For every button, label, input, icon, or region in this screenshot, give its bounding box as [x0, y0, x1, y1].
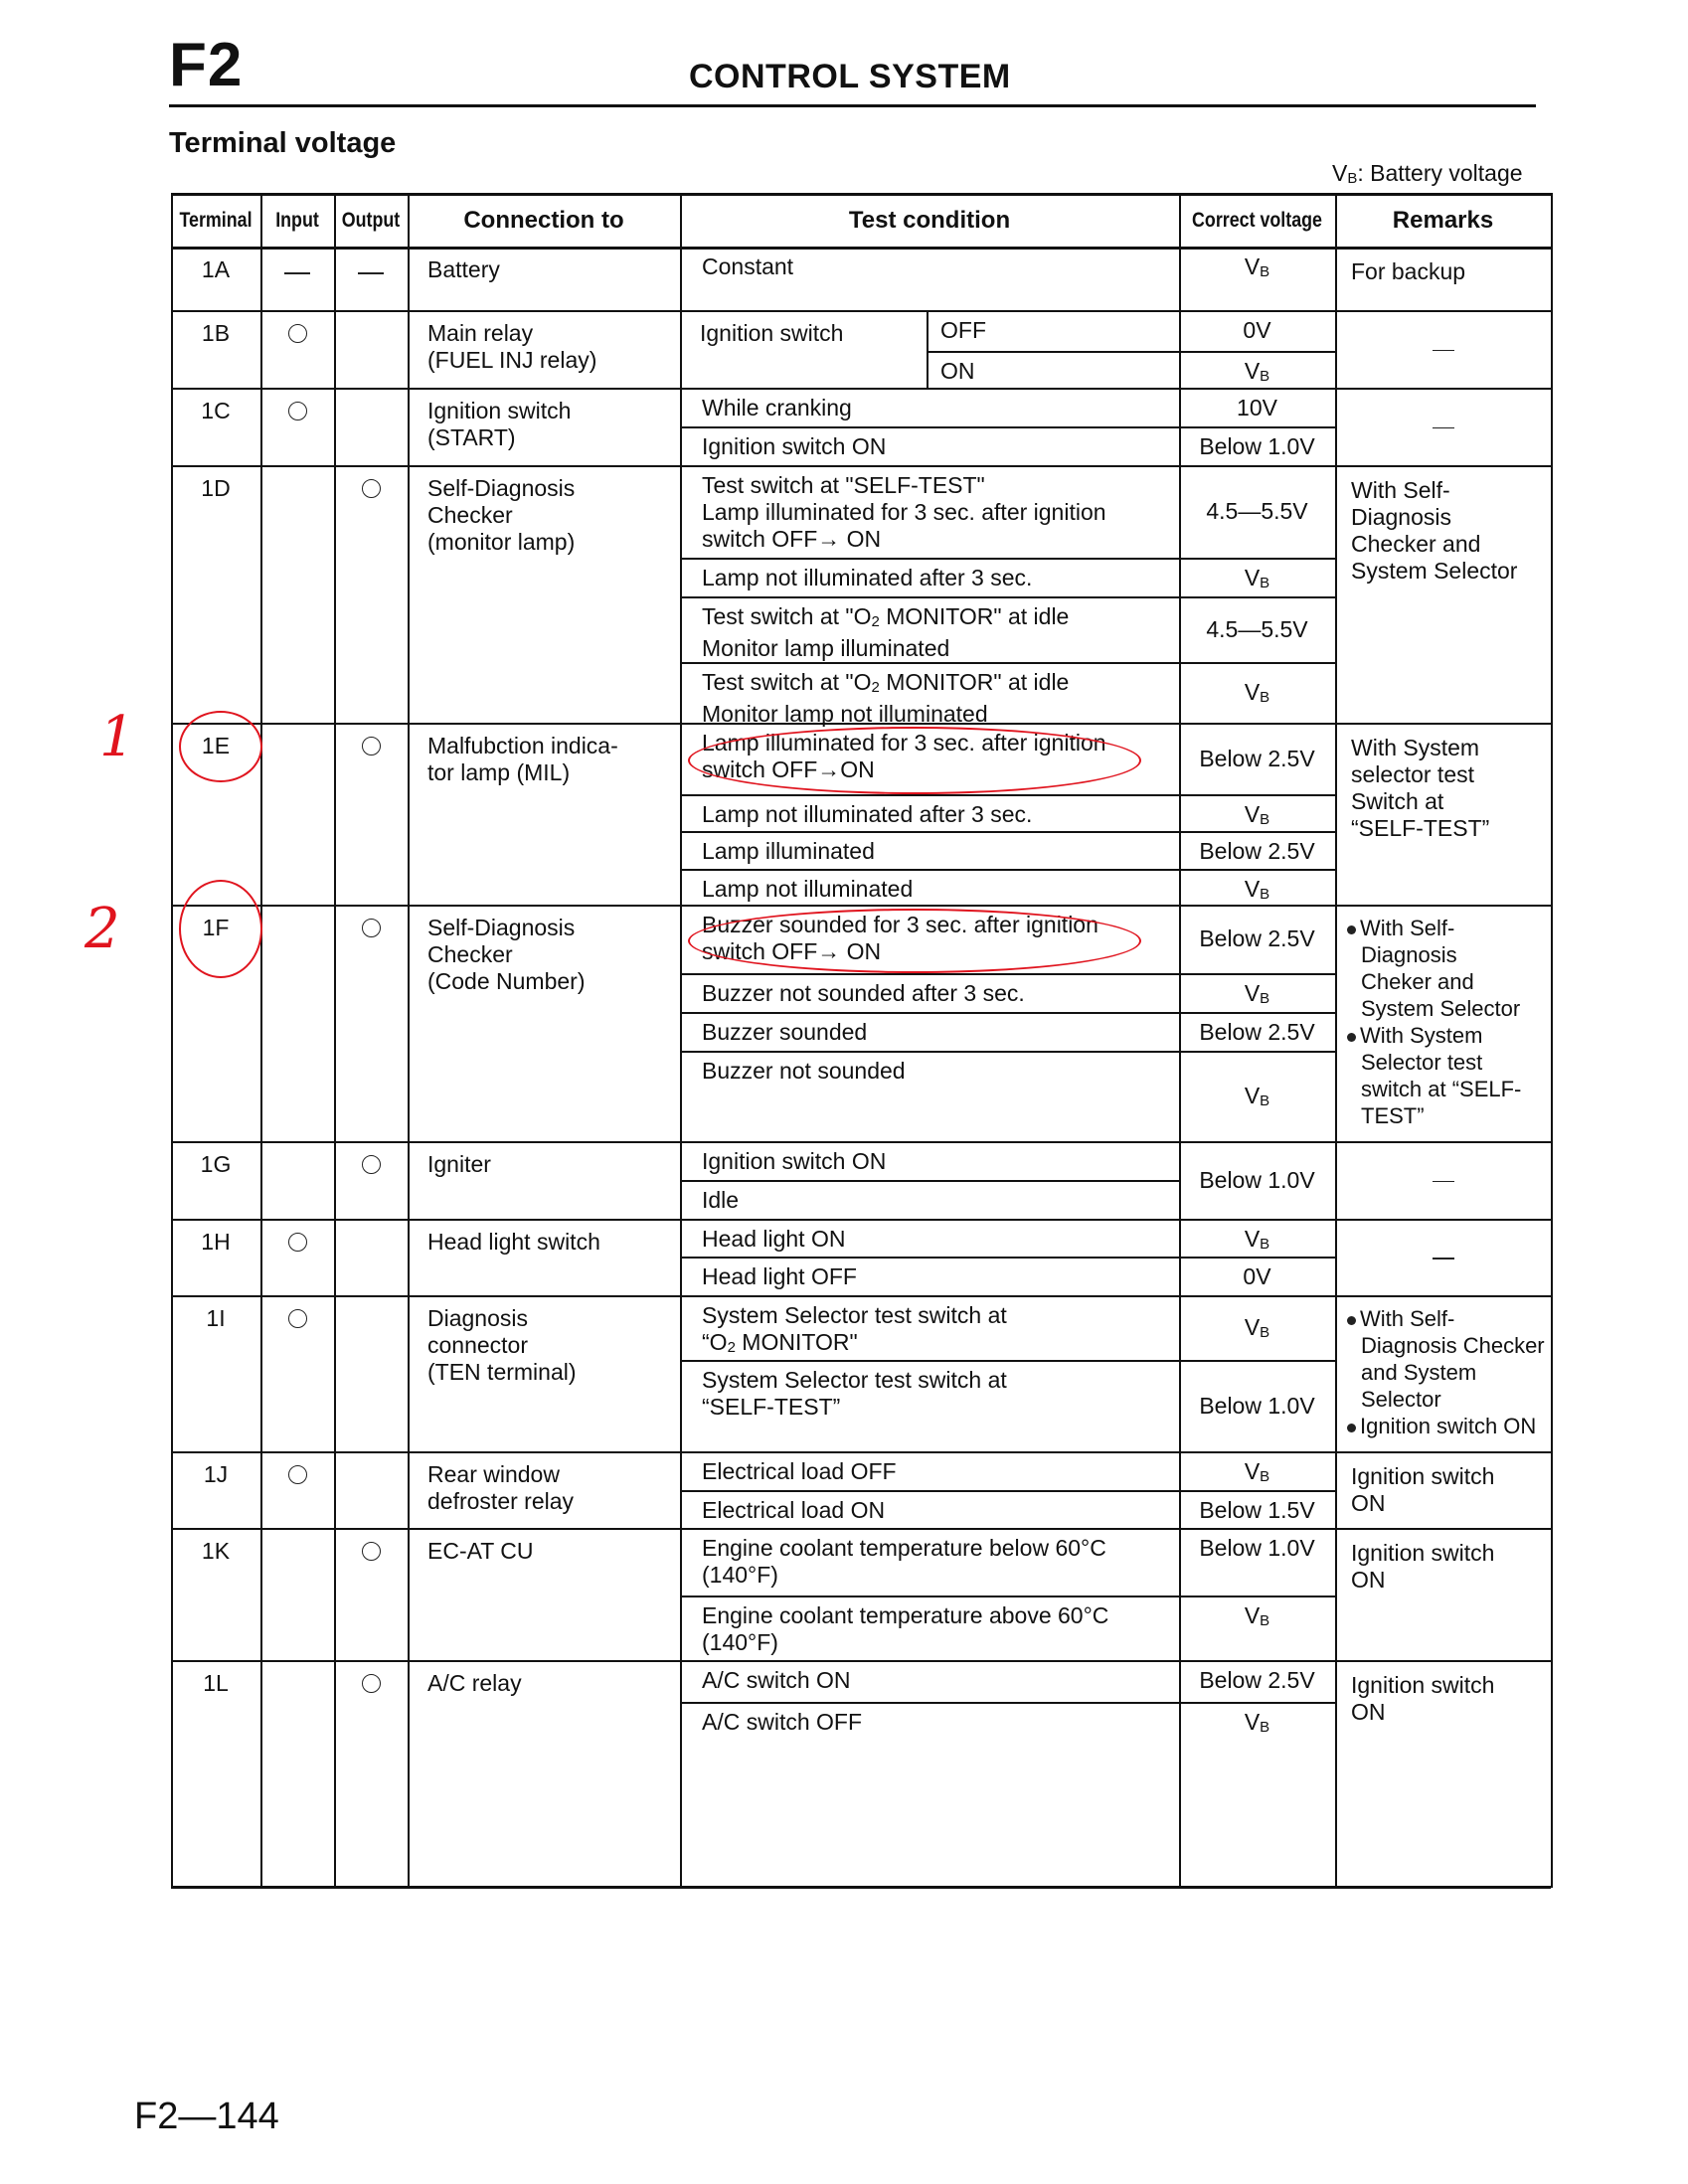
- remark-bullet-item: With Self- Diagnosis Cheker and System S…: [1347, 915, 1547, 1022]
- remarks-cell: With Self- Diagnosis Checker and System …: [1347, 1305, 1547, 1439]
- connection-cell: Head light switch: [427, 1229, 670, 1256]
- remark-bullet-item: Ignition switch ON: [1347, 1413, 1547, 1439]
- remarks-cell: With System selector test Switch at “SEL…: [1351, 735, 1547, 842]
- correct-voltage-cell: VB: [1179, 1709, 1335, 1741]
- column-rule: [1335, 193, 1337, 1888]
- sub-row-rule: [680, 1702, 1335, 1704]
- test-condition-cell: A/C switch OFF: [702, 1709, 1169, 1736]
- dash-mark-icon: [1433, 350, 1454, 352]
- correct-voltage-cell: Below 2.5V: [1179, 1667, 1335, 1694]
- connection-cell: Diagnosis connector (TEN terminal): [427, 1305, 670, 1386]
- connection-cell: Rear window defroster relay: [427, 1461, 670, 1515]
- connection-cell: Self-Diagnosis Checker (monitor lamp): [427, 475, 670, 556]
- correct-voltage-cell: VB: [1179, 1458, 1335, 1490]
- correct-voltage-cell: Below 1.5V: [1179, 1497, 1335, 1524]
- condition-group-cell: Ignition switch: [700, 320, 917, 347]
- remarks-cell: With Self- Diagnosis Checker and System …: [1351, 477, 1547, 585]
- terminal-cell: 1A: [171, 256, 260, 283]
- test-condition-cell: A/C switch ON: [702, 1667, 1169, 1694]
- column-rule: [260, 193, 262, 1888]
- column-rule: [680, 193, 682, 1888]
- correct-voltage-cell: 0V: [1179, 1263, 1335, 1290]
- condition-split-rule: [927, 310, 928, 388]
- circle-mark-icon: [288, 1465, 307, 1484]
- bullet-icon: [1347, 925, 1356, 934]
- test-condition-cell: Electrical load OFF: [702, 1458, 1169, 1485]
- handwritten-number: 1: [99, 705, 135, 769]
- input-mark-cell: [260, 1463, 334, 1490]
- remarks-cell: [1335, 1244, 1551, 1270]
- header-bottom-rule: [171, 247, 1551, 250]
- connection-cell: EC-AT CU: [427, 1538, 670, 1565]
- column-rule: [171, 193, 173, 1888]
- test-condition-cell: Head light ON: [702, 1226, 1169, 1253]
- correct-voltage-cell: 4.5—5.5V: [1179, 498, 1335, 525]
- row-rule: [171, 1886, 1551, 1888]
- test-condition-cell: Head light OFF: [702, 1263, 1169, 1290]
- circle-mark-icon: [362, 1542, 381, 1561]
- sub-row-rule: [680, 1051, 1335, 1053]
- output-mark-cell: [334, 1672, 408, 1699]
- dash-mark-icon: [1433, 1258, 1454, 1260]
- test-condition-cell: ON: [940, 358, 1169, 385]
- test-condition-cell: Lamp not illuminated: [702, 876, 1169, 903]
- test-condition-cell: Test switch at "O2 MONITOR" at idle Moni…: [702, 603, 1169, 662]
- row-rule: [171, 310, 1551, 312]
- header-remarks: Remarks: [1335, 207, 1551, 234]
- header-terminal: Terminal: [178, 207, 254, 234]
- correct-voltage-cell: VB: [1179, 1314, 1335, 1346]
- test-condition-cell: Idle: [702, 1187, 1169, 1214]
- remark-bullet-item: With System Selector test switch at “SEL…: [1347, 1022, 1547, 1129]
- correct-voltage-cell: VB: [1179, 565, 1335, 596]
- test-condition-cell: Test switch at "SELF-TEST" Lamp illumina…: [702, 472, 1169, 553]
- circle-mark-icon: [288, 324, 307, 343]
- bullet-icon: [1347, 1033, 1356, 1042]
- remarks-cell: [1335, 336, 1551, 363]
- circle-mark-icon: [288, 1309, 307, 1328]
- handwritten-number: 2: [84, 897, 120, 961]
- sub-row-rule: [927, 351, 1335, 353]
- dash-mark-icon: [284, 272, 310, 274]
- correct-voltage-cell: VB: [1179, 1083, 1335, 1114]
- test-condition-cell: System Selector test switch at “SELF-TES…: [702, 1367, 1169, 1421]
- sub-row-rule: [680, 1180, 1179, 1182]
- sub-row-rule: [680, 1490, 1335, 1492]
- row-rule: [171, 388, 1551, 390]
- circle-mark-icon: [362, 737, 381, 756]
- test-condition-cell: While cranking: [702, 395, 1169, 421]
- input-mark-cell: [260, 1231, 334, 1258]
- input-mark-cell: [260, 400, 334, 426]
- connection-cell: Main relay (FUEL INJ relay): [427, 320, 670, 374]
- remarks-cell: Ignition switch ON: [1351, 1672, 1547, 1726]
- sub-row-rule: [680, 1596, 1335, 1597]
- sub-row-rule: [680, 1012, 1335, 1014]
- remarks-cell: Ignition switch ON: [1351, 1540, 1547, 1594]
- correct-voltage-cell: Below 1.0V: [1179, 1167, 1335, 1194]
- correct-voltage-cell: Below 2.5V: [1179, 1019, 1335, 1046]
- header-test-condition: Test condition: [680, 207, 1179, 234]
- input-mark-cell: [260, 258, 334, 285]
- sub-row-rule: [680, 662, 1335, 664]
- sub-row-rule: [680, 973, 1335, 975]
- page-number: F2—144: [134, 2096, 279, 2138]
- table-top-border: [171, 193, 1551, 196]
- remark-bullet-item: With Self- Diagnosis Checker and System …: [1347, 1305, 1547, 1413]
- circle-mark-icon: [362, 919, 381, 937]
- test-condition-cell: System Selector test switch at “O2 MONIT…: [702, 1302, 1169, 1361]
- correct-voltage-cell: VB: [1179, 253, 1335, 285]
- connection-cell: Self-Diagnosis Checker (Code Number): [427, 915, 670, 995]
- input-mark-cell: [260, 322, 334, 349]
- dash-mark-icon: [1433, 1181, 1454, 1183]
- sub-row-rule: [680, 558, 1335, 560]
- test-condition-cell: Lamp not illuminated after 3 sec.: [702, 801, 1169, 828]
- output-mark-cell: [334, 1540, 408, 1567]
- header-connection-to: Connection to: [408, 207, 680, 234]
- sub-row-rule: [680, 869, 1335, 871]
- connection-cell: Battery: [427, 256, 670, 283]
- sub-row-rule: [680, 426, 1335, 428]
- correct-voltage-cell: VB: [1179, 358, 1335, 390]
- terminal-cell: 1D: [171, 475, 260, 502]
- circle-mark-icon: [288, 402, 307, 420]
- sub-row-rule: [680, 794, 1335, 796]
- connection-cell: Igniter: [427, 1151, 670, 1178]
- circle-mark-icon: [362, 1155, 381, 1174]
- header-correct-voltage: Correct voltage: [1191, 207, 1323, 234]
- correct-voltage-cell: VB: [1179, 679, 1335, 711]
- header-input: Input: [266, 207, 329, 234]
- row-rule: [171, 1295, 1551, 1297]
- column-rule: [408, 193, 410, 1888]
- test-condition-cell: Test switch at "O2 MONITOR" at idle Moni…: [702, 669, 1169, 728]
- header-output: Output: [340, 207, 403, 234]
- terminal-cell: 1L: [171, 1670, 260, 1697]
- remarks-cell: [1335, 414, 1551, 440]
- remarks-cell: Ignition switch ON: [1351, 1463, 1547, 1517]
- terminal-cell: 1I: [171, 1305, 260, 1332]
- correct-voltage-cell: VB: [1179, 801, 1335, 833]
- remarks-cell: With Self- Diagnosis Cheker and System S…: [1347, 915, 1547, 1129]
- correct-voltage-cell: VB: [1179, 876, 1335, 908]
- input-mark-cell: [260, 1307, 334, 1334]
- test-condition-cell: Buzzer not sounded: [702, 1058, 1169, 1085]
- row-rule: [171, 465, 1551, 467]
- correct-voltage-cell: 4.5—5.5V: [1179, 616, 1335, 643]
- correct-voltage-cell: Below 2.5V: [1179, 746, 1335, 772]
- correct-voltage-cell: VB: [1179, 1602, 1335, 1634]
- terminal-cell: 1J: [171, 1461, 260, 1488]
- row-rule: [171, 1141, 1551, 1143]
- test-condition-cell: Engine coolant temperature below 60°C (1…: [702, 1535, 1169, 1589]
- test-condition-cell: Lamp illuminated: [702, 838, 1169, 865]
- terminal-cell: 1H: [171, 1229, 260, 1256]
- output-mark-cell: [334, 258, 408, 285]
- output-mark-cell: [334, 1153, 408, 1180]
- correct-voltage-cell: Below 2.5V: [1179, 925, 1335, 952]
- correct-voltage-cell: VB: [1179, 1226, 1335, 1258]
- test-condition-cell: Constant: [702, 253, 1169, 280]
- dash-mark-icon: [1433, 427, 1454, 429]
- terminal-cell: 1G: [171, 1151, 260, 1178]
- test-condition-cell: Engine coolant temperature above 60°C (1…: [702, 1602, 1169, 1656]
- column-rule: [1551, 193, 1553, 1888]
- circle-mark-icon: [362, 1674, 381, 1693]
- red-highlight-ellipse: [688, 909, 1141, 973]
- test-condition-cell: Buzzer not sounded after 3 sec.: [702, 980, 1169, 1007]
- connection-cell: Ignition switch (START): [427, 398, 670, 451]
- output-mark-cell: [334, 477, 408, 504]
- column-rule: [334, 193, 336, 1888]
- dash-mark-icon: [358, 272, 384, 274]
- circle-mark-icon: [288, 1233, 307, 1252]
- terminal-cell: 1C: [171, 398, 260, 424]
- circle-mark-icon: [362, 479, 381, 498]
- correct-voltage-cell: VB: [1179, 980, 1335, 1012]
- row-rule: [171, 1451, 1551, 1453]
- row-rule: [171, 1528, 1551, 1530]
- test-condition-cell: Lamp not illuminated after 3 sec.: [702, 565, 1169, 591]
- sub-row-rule: [680, 596, 1335, 598]
- red-highlight-ellipse: [688, 727, 1141, 794]
- test-condition-cell: OFF: [940, 317, 1169, 344]
- correct-voltage-cell: 0V: [1179, 317, 1335, 344]
- test-condition-cell: Ignition switch ON: [702, 433, 1169, 460]
- row-rule: [171, 905, 1551, 907]
- remarks-cell: [1335, 1167, 1551, 1194]
- test-condition-cell: Buzzer sounded: [702, 1019, 1169, 1046]
- test-condition-cell: Electrical load ON: [702, 1497, 1169, 1524]
- connection-cell: A/C relay: [427, 1670, 670, 1697]
- red-terminal-circle: [179, 711, 262, 782]
- correct-voltage-cell: 10V: [1179, 395, 1335, 421]
- correct-voltage-cell: Below 1.0V: [1179, 433, 1335, 460]
- bullet-icon: [1347, 1316, 1356, 1325]
- terminal-cell: 1B: [171, 320, 260, 347]
- bullet-icon: [1347, 1424, 1356, 1432]
- test-condition-cell: Ignition switch ON: [702, 1148, 1169, 1175]
- row-rule: [171, 1219, 1551, 1221]
- correct-voltage-cell: Below 1.0V: [1179, 1535, 1335, 1562]
- output-mark-cell: [334, 735, 408, 761]
- red-terminal-circle: [179, 880, 262, 978]
- terminal-voltage-table: TerminalInputOutputConnection toTest con…: [0, 0, 1688, 2184]
- terminal-cell: 1K: [171, 1538, 260, 1565]
- remarks-cell: For backup: [1351, 258, 1547, 285]
- correct-voltage-cell: Below 2.5V: [1179, 838, 1335, 865]
- connection-cell: Malfubction indica- tor lamp (MIL): [427, 733, 670, 786]
- correct-voltage-cell: Below 1.0V: [1179, 1393, 1335, 1420]
- output-mark-cell: [334, 917, 408, 943]
- row-rule: [171, 1660, 1551, 1662]
